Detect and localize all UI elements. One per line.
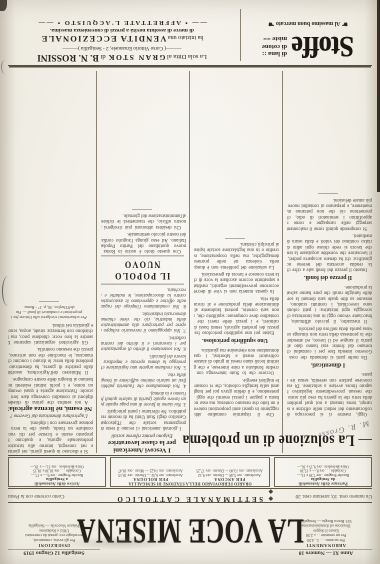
paragraph: Oggi, mentre ci si preoccupa del colloca… [287, 371, 372, 417]
lead-headline-block: — La soluzione di un problema M. R. Gros… [190, 419, 372, 454]
article-subheading: 5. Noi crediamo urgente una legislazione… [101, 353, 186, 370]
ad-vertical-rule [240, 9, 241, 61]
article-subheading: I dimenticati. [287, 361, 372, 369]
article-subheading: Il prezzo dei fondi. [287, 274, 372, 282]
price-note: Un numero cent. 10; arretrato cent. 20 [277, 493, 372, 498]
column-rule [190, 71, 191, 453]
show-through-smudge [60, 536, 180, 550]
per-ancona-rows: Accelerato . ore 5,48 — Diretto . ore 9,… [190, 469, 269, 478]
ad-granstok: GRAN STOK [107, 53, 165, 62]
paragraph: Chi desidera abbonarsi può rivolgersi al… [101, 213, 186, 230]
paragraph: Occorre che lo Stato intervenga con il c… [194, 347, 279, 376]
paragraph: Esiste poi uno squilibrio pericoloso fra… [194, 296, 279, 336]
ornament-right-icon: ◆ [268, 488, 273, 494]
column-rule [97, 71, 98, 453]
auto-arrivals-title2: a Senigallia [9, 477, 105, 482]
ad-affrettate-line: —— • AFFRETTATE L'ACQUISTO • —— [8, 19, 236, 26]
table-row: Ostra-Belvedere . ore 11,— e 19,— [9, 464, 105, 468]
column-rule [283, 71, 284, 453]
paragraph: I giornali americani ci recano il testo … [101, 408, 186, 431]
pointing-hand-right-icon: ☛ [342, 20, 348, 28]
paragraph: Il Ministero dell'Agricoltura, assorbito… [8, 347, 93, 376]
railway-timetable: ORARIO FERROVIARIO DELLA STAZIONE DI SEN… [110, 457, 270, 487]
ad-stoffe-block: Stoffe di lana ::di cotonemiste == ☛ Al … [244, 7, 372, 61]
article-heading: IL POPOLO NUOVO [101, 256, 184, 285]
table-row: Accelerato . ore 6,32 — Diretto . ore 10… [111, 473, 190, 477]
per-bologna-rows: Accelerato . ore 6,32 — Diretto . ore 10… [111, 469, 190, 478]
table-row: Bocche-Frugone . ore 7,30 e 13,— [275, 473, 371, 477]
ad-stamp-text: Al massimo buon mercato [276, 20, 340, 26]
column-4: Si è discusso in questi giorni, nei gior… [8, 70, 93, 454]
paragraph: In questa materia non si vive di decreti… [194, 271, 279, 294]
subtitle: SETTIMANALE CATTOLICO [115, 495, 263, 503]
auto-departures-table: Partenze delle Automobili da Senigallia … [274, 457, 372, 487]
text-line: miste == [262, 35, 287, 43]
article-subheading: 6. Noi sosteniamo il diritto di organizz… [101, 335, 186, 352]
info-tables-row: Partenze delle Automobili da Senigallia … [8, 457, 372, 487]
article-heading: per la classe lavoratrice [101, 440, 186, 447]
paragraph: Intanto il prezzo dei fondi sale a cifre… [287, 233, 372, 273]
ad-vendita-eccezionale: VENDITA ECCEZIONALE [41, 35, 167, 45]
text-line: di cotone [262, 42, 287, 50]
ad-merce-line: di merce di assoluta novità a prezzi di … [8, 28, 236, 34]
paragraph: Con questo titolo è uscito in Roma il nu… [101, 231, 186, 254]
ad-stoffe-lines: di lana ::di cotonemiste == [262, 35, 287, 58]
article-subheading: Per schiarimenti rivolgersi alla Unione … [8, 305, 93, 320]
auto-arrivals-title: Arrivo delle Automobili [9, 482, 105, 487]
end-rule [39, 302, 59, 303]
paragraph: Si comprende quindi come il malcontento … [287, 197, 372, 231]
date-line: Senigallia 12 Giugno 1919 [8, 549, 100, 556]
ad-line1-di: di [101, 53, 106, 60]
newspaper-page-rotated-180: Anno XI — Numero 18 ABBONAMENTI Per un a… [0, 0, 380, 564]
table-row: Ostra-Belvedere . ore 9,15 e 16,— [275, 464, 371, 468]
per-ancona-header: PER ANCONA [190, 477, 269, 482]
masthead-bottom-rule [8, 455, 372, 456]
ad-line1-intro: La sola Ditta al [167, 53, 207, 60]
auto-departures-title: Partenze delle Automobili [275, 482, 371, 487]
ad-rossini-block: La sola Ditta al GRAN STOK di B. N. ROSS… [8, 6, 236, 62]
article-subheading: Esigono pronte riforme sociali [101, 433, 186, 439]
ornament-left-icon: ◆ [268, 495, 273, 501]
paragraph: Il mezzadro, il piccolo affittuario, il … [287, 284, 372, 324]
column-2: Che il risparmio contadino abbia raggiun… [194, 70, 279, 454]
subtitle-row: Un numero cent. 10; arretrato cent. 20 ◆… [8, 488, 372, 503]
paragraph: Gli agricoltori organizzati sapranno far… [8, 322, 93, 345]
end-rule [225, 238, 245, 239]
article-subheading: L'agricoltura dimenticata dal Governo ? [8, 413, 93, 418]
advertisement-band: Stoffe di lana ::di cotonemiste == ☛ Al … [8, 5, 372, 66]
article-subheading: 7. Noi appoggiamo il necessario sviluppo… [101, 311, 186, 333]
pointing-hand-left-icon: ☚ [268, 20, 274, 28]
article-subheading: 4. Noi domandiamo che l'autorità pubblic… [101, 372, 186, 389]
ad-line3-intro: ha iniziato una [168, 35, 203, 41]
pen-curve-mark [2, 276, 15, 306]
scanned-paper-background: Anno XI — Numero 18 ABBONAMENTI Per un a… [0, 0, 380, 564]
article-columns: Oggi, mentre ci si preoccupa del colloca… [8, 70, 372, 454]
article-subheading: 3. Noi siamo in favore di una paga egual… [101, 390, 186, 407]
auto-arrivals-rows: Bocche-Frugone . ore 9,— e 17,—Corinaldo… [9, 464, 105, 477]
railway-title: ORARIO FERROVIARIO DELLA STAZIONE DI SEN… [111, 482, 269, 487]
paragraph: Da molte parti si domanda che cosa il Go… [287, 326, 372, 360]
auto-arrivals-table: Arrivo delle Automobili a Senigallia Boc… [8, 457, 106, 487]
table-row: Corinaldo . . . ore 8,— e 15,30 [275, 469, 371, 473]
article-heading: I Vescovi Americani [101, 447, 186, 454]
text-line: Palazzo Vescovile — Senigallia [8, 524, 100, 529]
column-3: I Vescovi Americaniper la classe lavorat… [101, 70, 186, 454]
article-subheading: Uno squilibrio pericoloso. [194, 337, 279, 345]
table-row: Accelerato . ore 13,40 — Diretto . ore 1… [190, 469, 269, 473]
table-row: Corinaldo . . . ore 10,30 e 18,15 [9, 469, 105, 473]
paragraph: Che il risparmio contadino abbia raggiun… [194, 377, 279, 417]
table-row: Bocche-Frugone . ore 9,— e 17,— [9, 473, 105, 477]
ad-stoffe-word: Stoffe [292, 29, 354, 63]
headline-dash: — [358, 432, 372, 449]
auto-departures-rows: Bocche-Frugone . ore 7,30 e 13,—Corinald… [275, 464, 371, 477]
paragraph: La soluzione del problema non è dunque n… [194, 241, 279, 270]
postal-note: Conto corrente con la Posta [8, 493, 103, 498]
railway-col-ancona: PER ANCONA Accelerato . ore 5,48 — Diret… [190, 469, 269, 482]
railway-col-bologna: PER BOLOGNA Accelerato . ore 6,32 — Dire… [111, 469, 190, 482]
text-line: di lana :: [262, 50, 287, 58]
article-subheading: 8. Noi condanniamo l'impiego dei ragazzi… [101, 287, 186, 309]
auto-departures-title2: da Senigallia [275, 477, 371, 482]
ad-address-line: ———( Corso Vittorio Emanuele, 2 - Seniga… [8, 46, 236, 52]
text-line: Uffici e Redazione [8, 528, 100, 533]
paragraph: A noi sembra che prima di chiedere diplo… [8, 377, 93, 406]
paragraph: Si è discusso in questi giorni, nei gior… [8, 420, 93, 454]
end-rule [318, 194, 338, 195]
article-heading: Nè esami, nè licenza agricola? [8, 405, 93, 412]
column-1: Oggi, mentre ci si preoccupa del colloca… [287, 70, 372, 454]
railway-columns: PER ANCONA Accelerato . ore 5,48 — Diret… [111, 469, 269, 482]
table-row: Accelerato . ore 14,22 — Misto . ore 18,… [111, 469, 190, 473]
ad-rossini-name: B. N. ROSSINI [37, 52, 99, 62]
per-bologna-header: PER BOLOGNA [111, 477, 190, 482]
table-row: Accelerato . ore 5,48 — Diretto . ore 9,… [190, 473, 269, 477]
end-rule [132, 209, 152, 210]
ad-stamp-line: ☛ Al massimo buon mercato ☚ [244, 20, 372, 28]
pen-curve-mark-small [1, 60, 10, 74]
